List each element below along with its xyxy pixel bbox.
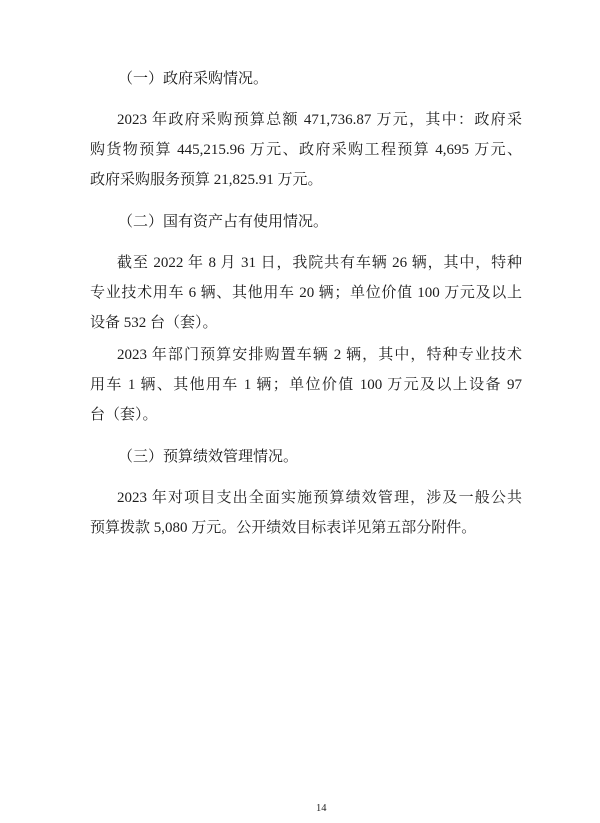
paragraph-vehicles-current: 截至 2022 年 8 月 31 日，我院共有车辆 26 辆，其中，特种 专业技… [90, 248, 522, 338]
para-line: 专业技术用车 6 辆、其他用车 20 辆；单位价值 100 万元及以上 [90, 278, 522, 308]
paragraph-performance-management: 2023 年对项目支出全面实施预算绩效管理，涉及一般公共 预算拨款 5,080 … [90, 483, 522, 543]
document-content: （一）政府采购情况。 2023 年政府采购预算总额 471,736.87 万元，… [0, 0, 600, 543]
paragraph-procurement-budget: 2023 年政府采购预算总额 471,736.87 万元，其中：政府采 购货物预… [90, 105, 522, 195]
para-line: 预算拨款 5,080 万元。公开绩效目标表详见第五部分附件。 [90, 513, 522, 543]
section-heading-budget-performance: （三）预算绩效管理情况。 [90, 442, 522, 472]
para-line: 2023 年政府采购预算总额 471,736.87 万元，其中：政府采 [90, 105, 522, 135]
section-heading-state-assets: （二）国有资产占有使用情况。 [90, 207, 522, 237]
para-line: 2023 年对项目支出全面实施预算绩效管理，涉及一般公共 [90, 483, 522, 513]
para-line: 用车 1 辆、其他用车 1 辆；单位价值 100 万元及以上设备 97 [90, 370, 522, 400]
para-line: 台（套）。 [90, 400, 522, 430]
section-heading-government-procurement: （一）政府采购情况。 [90, 64, 522, 94]
para-line: 截至 2022 年 8 月 31 日，我院共有车辆 26 辆，其中，特种 [90, 248, 522, 278]
para-line: 政府采购服务预算 21,825.91 万元。 [90, 165, 522, 195]
paragraph-vehicles-planned: 2023 年部门预算安排购置车辆 2 辆，其中，特种专业技术 用车 1 辆、其他… [90, 340, 522, 430]
para-line: 2023 年部门预算安排购置车辆 2 辆，其中，特种专业技术 [90, 340, 522, 370]
para-line: 设备 532 台（套）。 [90, 308, 522, 338]
document-page: （一）政府采购情况。 2023 年政府采购预算总额 471,736.87 万元，… [0, 0, 600, 823]
page-number: 14 [316, 803, 327, 814]
para-line: 购货物预算 445,215.96 万元、政府采购工程预算 4,695 万元、 [90, 135, 522, 165]
